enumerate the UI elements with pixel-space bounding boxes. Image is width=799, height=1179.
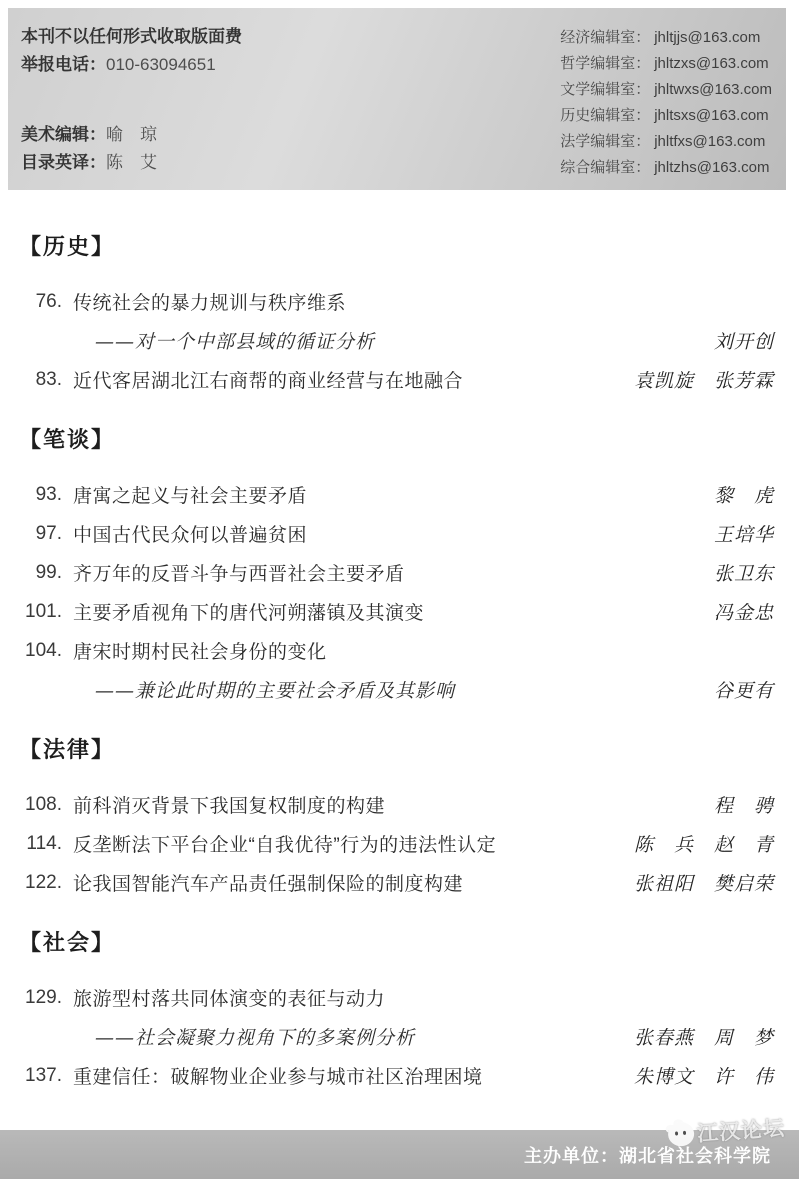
toc-section-notes: 【笔谈】 93. 唐寓之起义与社会主要矛盾 黎 虎 97. 中国古代民众何以普遍…	[25, 425, 774, 709]
toc-item-page-number: 104.	[25, 640, 62, 662]
toc-item-title: 重建信任：破解物业企业参与城市社区治理困境	[73, 1062, 622, 1089]
toc-item-authors: 朱博文 许 伟	[634, 1062, 774, 1089]
toc-item: 101. 主要矛盾视角下的唐代河朔藩镇及其演变 冯金忠	[25, 592, 774, 631]
toc-item-page-number: 129.	[25, 987, 62, 1009]
toc-item: 76. 传统社会的暴力规训与秩序维系	[25, 282, 774, 321]
toc-item-page-number: 99.	[25, 562, 62, 584]
toc-item-subtitle-row: ——兼论此时期的主要社会矛盾及其影响 谷更有	[25, 670, 774, 709]
toc-item: 99. 齐万年的反晋斗争与西晋社会主要矛盾 张卫东	[25, 553, 774, 592]
toc-item-subtitle-row: ——社会凝聚力视角下的多案例分析 张春燕 周 梦	[25, 1017, 774, 1056]
watermark-face-icon	[667, 1121, 695, 1147]
editorial-room-email: jhltwxs@163.com	[654, 77, 772, 103]
toc-item: 97. 中国古代民众何以普遍贫困 王培华	[25, 514, 774, 553]
toc-item-title: 反垄断法下平台企业“自我优待”行为的违法性认定	[73, 830, 622, 857]
report-phone-line: 举报电话：010-63094651	[21, 51, 242, 79]
toc-item-title: 主要矛盾视角下的唐代河朔藩镇及其演变	[73, 598, 702, 625]
editorial-room-email: jhltfxs@163.com	[654, 129, 765, 155]
art-editor-name: 喻 琼	[106, 125, 157, 144]
editorial-rooms-list: 经济编辑室： jhltjjs@163.com 哲学编辑室： jhltzxs@16…	[560, 21, 772, 177]
no-fee-notice: 本刊不以任何形式收取版面费	[21, 23, 242, 51]
toc-item-authors: 张卫东	[714, 559, 774, 586]
toc-item-subtitle: ——对一个中部县域的循证分析	[95, 327, 702, 354]
toc-item-authors: 袁凯旋 张芳霖	[634, 366, 774, 393]
toc-item-page-number: 137.	[25, 1065, 62, 1087]
toc-item-title: 传统社会的暴力规训与秩序维系	[73, 288, 774, 315]
toc-item-subtitle-row: ——对一个中部县域的循证分析 刘开创	[25, 321, 774, 360]
toc-item: 104. 唐宋时期村民社会身份的变化	[25, 631, 774, 670]
section-heading: 【笔谈】	[19, 425, 774, 455]
toc-item-title: 近代客居湖北江右商帮的商业经营与在地融合	[73, 366, 622, 393]
toc-item-page-number: 93.	[25, 484, 62, 506]
toc-section-law: 【法律】 108. 前科消灭背景下我国复权制度的构建 程 骋 114. 反垄断法…	[25, 735, 774, 902]
masthead-left-column: 本刊不以任何形式收取版面费 举报电话：010-63094651 美术编辑：喻 琼…	[21, 21, 242, 177]
toc-item: 129. 旅游型村落共同体演变的表征与动力	[25, 978, 774, 1017]
toc-item: 108. 前科消灭背景下我国复权制度的构建 程 骋	[25, 785, 774, 824]
toc-item-subtitle: ——社会凝聚力视角下的多案例分析	[95, 1023, 622, 1050]
toc-item-title: 齐万年的反晋斗争与西晋社会主要矛盾	[73, 559, 702, 586]
toc-translator-line: 目录英译：陈 艾	[21, 149, 242, 177]
face-eye-icon	[675, 1131, 678, 1135]
toc-item-authors: 张祖阳 樊启荣	[634, 869, 774, 896]
toc-item-title: 中国古代民众何以普遍贫困	[73, 520, 702, 547]
toc-item-title: 前科消灭背景下我国复权制度的构建	[73, 791, 702, 818]
toc-item-authors: 张春燕 周 梦	[634, 1023, 774, 1050]
toc-item-page-number: 83.	[25, 369, 62, 391]
toc-item-subtitle: ——兼论此时期的主要社会矛盾及其影响	[95, 676, 702, 703]
face-eye-icon	[683, 1131, 686, 1135]
toc-item-title: 论我国智能汽车产品责任强制保险的制度构建	[73, 869, 622, 896]
editorial-room-email: jhltzhs@163.com	[654, 155, 769, 181]
section-heading: 【社会】	[19, 928, 774, 958]
art-editor-line: 美术编辑：喻 琼	[21, 121, 242, 149]
editorial-room-email: jhltzxs@163.com	[654, 51, 768, 77]
organizer-label: 主办单位：	[524, 1142, 619, 1168]
toc-item: 83. 近代客居湖北江右商帮的商业经营与在地融合 袁凯旋 张芳霖	[25, 360, 774, 399]
editorial-room-line: 经济编辑室： jhltjjs@163.com	[560, 25, 772, 51]
toc-item-page-number: 101.	[25, 601, 62, 623]
toc-item-authors: 王培华	[714, 520, 774, 547]
art-editor-label: 美术编辑：	[21, 125, 106, 144]
toc-item-authors: 黎 虎	[714, 481, 774, 508]
section-heading: 【法律】	[19, 735, 774, 765]
table-of-contents: 【历史】 76. 传统社会的暴力规训与秩序维系 ——对一个中部县域的循证分析 刘…	[25, 190, 774, 1095]
toc-item-authors: 谷更有	[714, 676, 774, 703]
editorial-room-line: 历史编辑室： jhltsxs@163.com	[560, 103, 772, 129]
watermark-text: 江汉论坛	[696, 1112, 786, 1148]
toc-item-page-number: 108.	[25, 794, 62, 816]
toc-item-page-number: 114.	[25, 833, 62, 855]
toc-item-title: 唐寓之起义与社会主要矛盾	[73, 481, 702, 508]
toc-item-authors: 程 骋	[714, 791, 774, 818]
toc-item-title: 旅游型村落共同体演变的表征与动力	[73, 984, 774, 1011]
editorial-room-line: 文学编辑室： jhltwxs@163.com	[560, 77, 772, 103]
toc-translator-label: 目录英译：	[21, 153, 106, 172]
toc-section-society: 【社会】 129. 旅游型村落共同体演变的表征与动力 ——社会凝聚力视角下的多案…	[25, 928, 774, 1095]
report-phone-label: 举报电话：	[21, 55, 106, 74]
editorial-room-line: 综合编辑室： jhltzhs@163.com	[560, 155, 772, 181]
editorial-room-line: 哲学编辑室： jhltzxs@163.com	[560, 51, 772, 77]
toc-item-page-number: 97.	[25, 523, 62, 545]
toc-item-authors: 陈 兵 赵 青	[634, 830, 774, 857]
toc-item-title: 唐宋时期村民社会身份的变化	[73, 637, 774, 664]
toc-item: 114. 反垄断法下平台企业“自我优待”行为的违法性认定 陈 兵 赵 青	[25, 824, 774, 863]
toc-item-authors: 刘开创	[714, 327, 774, 354]
toc-item: 137. 重建信任：破解物业企业参与城市社区治理困境 朱博文 许 伟	[25, 1056, 774, 1095]
section-heading: 【历史】	[19, 232, 774, 262]
toc-item-page-number: 122.	[25, 872, 62, 894]
report-phone-number: 010-63094651	[106, 55, 216, 74]
masthead-info-panel: 本刊不以任何形式收取版面费 举报电话：010-63094651 美术编辑：喻 琼…	[8, 8, 786, 190]
toc-item-page-number: 76.	[25, 291, 62, 313]
toc-translator-name: 陈 艾	[106, 153, 157, 172]
editorial-room-email: jhltjjs@163.com	[654, 25, 760, 51]
toc-item-authors: 冯金忠	[714, 598, 774, 625]
toc-item: 93. 唐寓之起义与社会主要矛盾 黎 虎	[25, 475, 774, 514]
editorial-room-email: jhltsxs@163.com	[654, 103, 768, 129]
toc-section-history: 【历史】 76. 传统社会的暴力规训与秩序维系 ——对一个中部县域的循证分析 刘…	[25, 232, 774, 399]
toc-item: 122. 论我国智能汽车产品责任强制保险的制度构建 张祖阳 樊启荣	[25, 863, 774, 902]
editorial-room-line: 法学编辑室： jhltfxs@163.com	[560, 129, 772, 155]
